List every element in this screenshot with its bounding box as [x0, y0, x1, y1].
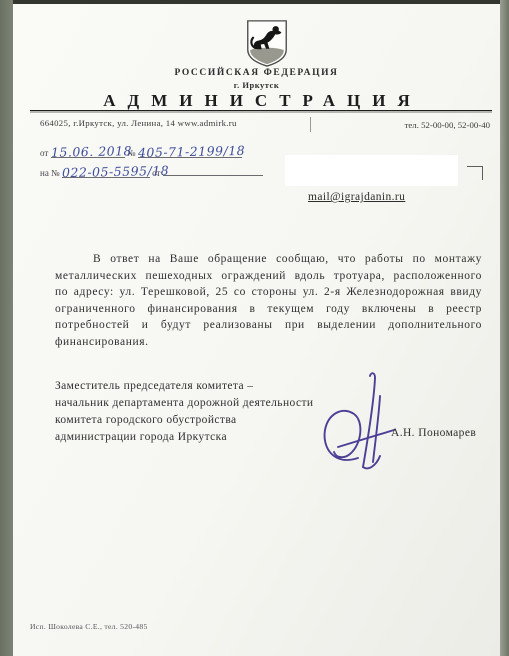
irkutsk-coat-of-arms-icon	[242, 18, 292, 68]
contact-phone: тел. 52-00-00, 52-00-40	[300, 120, 490, 130]
header-city: г. Иркутск	[13, 80, 500, 90]
handwritten-signature	[318, 370, 402, 470]
header-country: РОССИЙСКАЯ ФЕДЕРАЦИЯ	[13, 68, 500, 78]
outgoing-number-field: 405-71-2199/18	[138, 144, 242, 158]
letter-body-paragraph: В ответ на Ваше обращение сообщаю, что р…	[55, 251, 482, 350]
handwritten-date: 15.06. 2018	[50, 143, 131, 160]
header-organization: АДМИНИСТРАЦИЯ	[13, 91, 500, 111]
reference-line-incoming: на № 022-05-5595/18 от	[40, 162, 263, 178]
scanned-letter-page: { "header": { "country": "РОССИЙСКАЯ ФЕД…	[0, 0, 509, 656]
redacted-recipient-box	[285, 155, 458, 186]
letter-paper: РОССИЙСКАЯ ФЕДЕРАЦИЯ г. Иркутск АДМИНИСТ…	[13, 4, 500, 656]
handwritten-incoming-number: 022-05-5595/18	[62, 163, 169, 180]
signer-name: А.Н. Пономарев	[391, 427, 476, 439]
scan-edge-left	[0, 0, 13, 656]
reference-line-outgoing: от 15.06. 2018 № 405-71-2199/18	[40, 144, 242, 158]
handwritten-number: 405-71-2199/18	[138, 143, 245, 160]
signer-position-block: Заместитель председателя комитета – нача…	[55, 378, 355, 446]
executor-note: Исп. Шоколева С.Е., тел. 520-485	[30, 622, 148, 631]
signer-position-line: комитета городского обустройства	[55, 412, 355, 429]
contact-address-website: 664025, г.Иркутск, ул. Ленина, 14 www.ad…	[40, 118, 237, 128]
scan-edge-right	[500, 0, 509, 656]
signer-position-line: Заместитель председателя комитета –	[55, 378, 355, 395]
incoming-date-field-empty	[163, 162, 263, 176]
signer-position-line: администрации города Иркутска	[55, 429, 355, 446]
from-label: от	[40, 148, 48, 158]
outgoing-date-field: 15.06. 2018	[51, 144, 125, 158]
recipient-email: mail@igrajdanin.ru	[308, 191, 405, 203]
corner-crop-mark	[467, 166, 483, 180]
incoming-number-field: 022-05-5595/18	[62, 164, 150, 178]
reply-label: на №	[40, 168, 60, 178]
signer-position-line: начальник департамента дорожной деятельн…	[55, 395, 355, 412]
header-rule	[30, 110, 492, 113]
